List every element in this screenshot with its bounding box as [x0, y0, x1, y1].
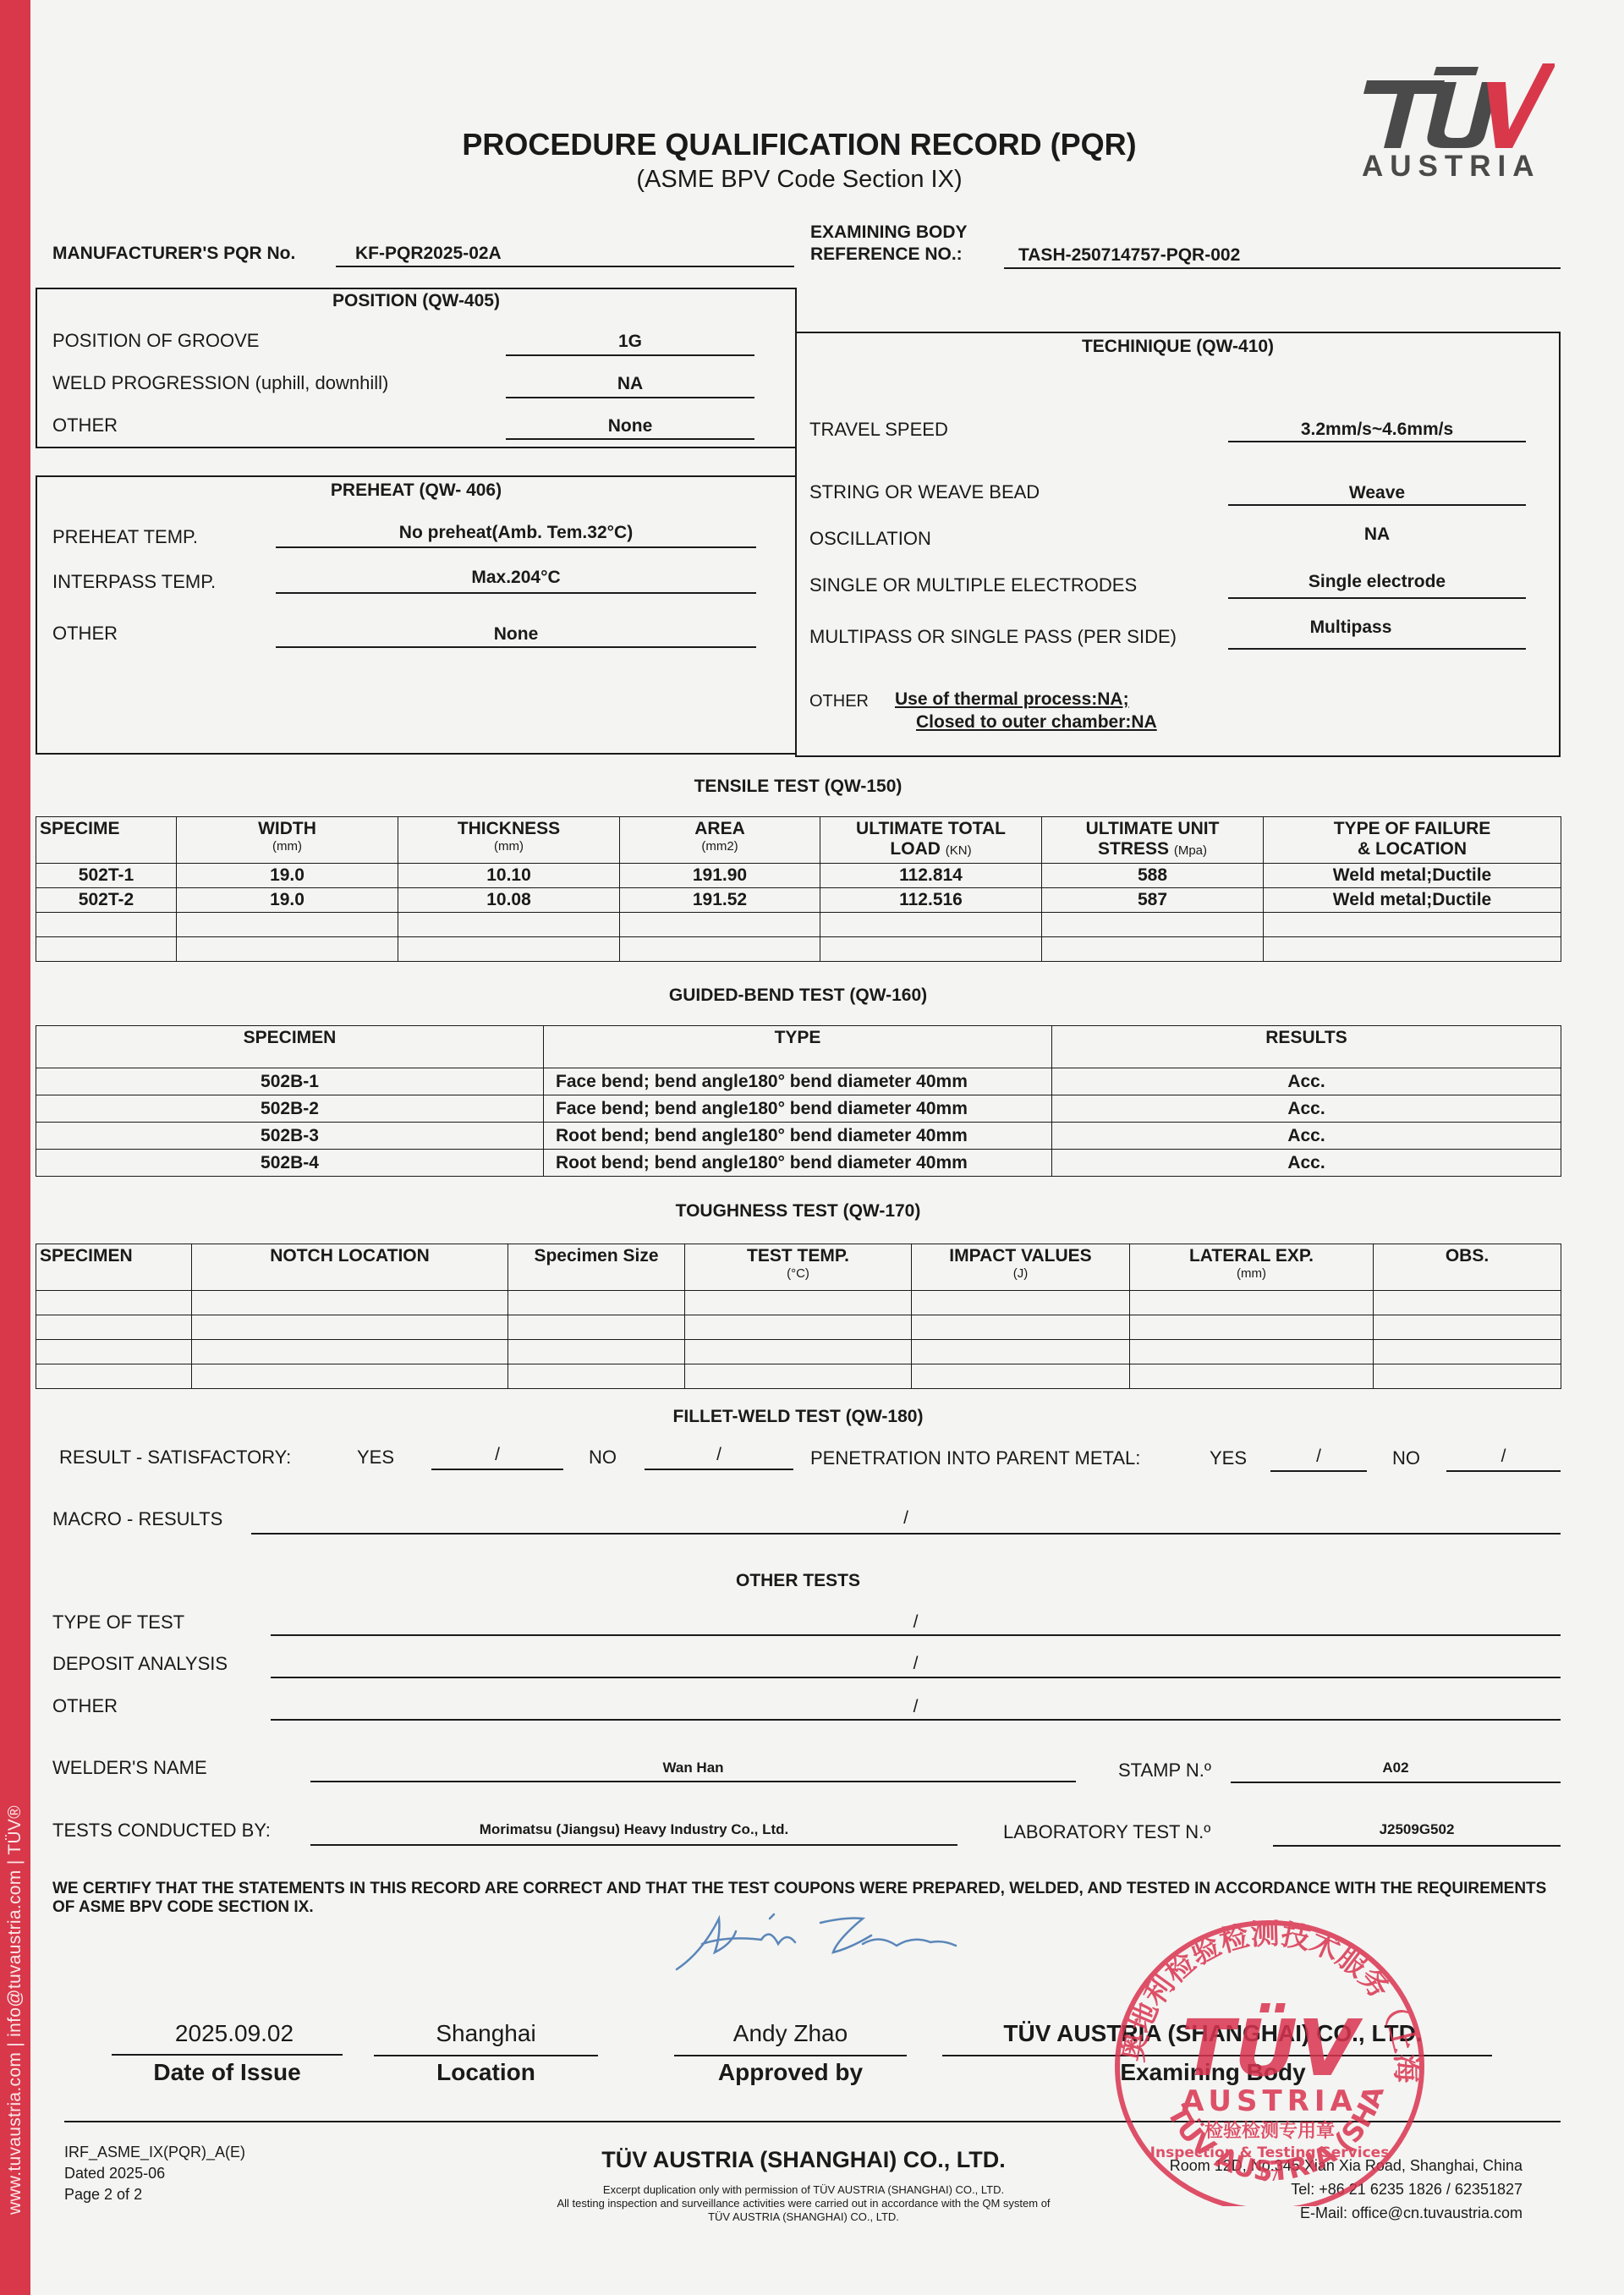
- macro-results-underline: [251, 1533, 1561, 1535]
- table-cell: [192, 1291, 508, 1315]
- header-text: SPECIMEN: [40, 1246, 188, 1266]
- header-text: SPECIME: [40, 819, 173, 839]
- fillet-weld-title: FILLET-WELD TEST (QW-180): [36, 1407, 1561, 1427]
- header-text: NOTCH LOCATION: [195, 1246, 504, 1266]
- electrodes-label: SINGLE OR MULTIPLE ELECTRODES: [809, 574, 1137, 596]
- technique-other-line-2: Closed to outer chamber:NA: [916, 712, 1157, 733]
- penetration-no-value: /: [1446, 1447, 1561, 1467]
- penetration-no-label: NO: [1392, 1447, 1420, 1469]
- tensile-header-cell: WIDTH(mm): [177, 817, 398, 864]
- side-strip-text: www.tuvaustria.com | info@tuvaustria.com…: [5, 1589, 25, 2215]
- table-cell: [508, 1315, 685, 1340]
- approved-by-value: Andy Zhao: [674, 2020, 907, 2047]
- preheat-other-label: OTHER: [52, 623, 118, 645]
- tensile-header-cell: THICKNESS(mm): [398, 817, 620, 864]
- reference-no-value: TASH-250714757-PQR-002: [1018, 245, 1240, 266]
- tensile-header-cell: AREA(mm2): [620, 817, 820, 864]
- table-cell: [820, 913, 1042, 937]
- travel-speed-underline: [1228, 441, 1526, 442]
- other-test-value: /: [271, 1697, 1561, 1717]
- string-weave-value: Weave: [1228, 483, 1526, 503]
- table-cell: [177, 937, 398, 962]
- result-yes-value: /: [431, 1445, 563, 1465]
- table-row: 502B-3Root bend; bend angle180° bend dia…: [36, 1123, 1561, 1150]
- table-row: 502B-4Root bend; bend angle180° bend dia…: [36, 1150, 1561, 1177]
- toughness-header-cell: TEST TEMP.(°C): [685, 1244, 912, 1291]
- table-cell: 19.0: [177, 888, 398, 913]
- table-cell: [1374, 1364, 1561, 1389]
- table-cell: [177, 913, 398, 937]
- toughness-test-title: TOUGHNESS TEST (QW-170): [36, 1201, 1561, 1222]
- header-text: OBS.: [1377, 1246, 1557, 1266]
- footer-company-name: TÜV AUSTRIA (SHANGHAI) CO., LTD.: [355, 2147, 1252, 2173]
- footer-doc-code: IRF_ASME_IX(PQR)_A(E): [64, 2142, 245, 2163]
- deposit-analysis-underline: [271, 1677, 1561, 1678]
- header-unit: (°C): [689, 1266, 908, 1281]
- table-row: 502T-219.010.08191.52112.516587Weld meta…: [36, 888, 1561, 913]
- string-weave-underline: [1228, 504, 1526, 506]
- footer-address: Room 12D, No.345 Xian Xia Road, Shanghai…: [1170, 2154, 1522, 2177]
- table-cell: [912, 1364, 1130, 1389]
- multipass-value: Multipass: [1228, 618, 1473, 638]
- penetration-no-underline: [1446, 1470, 1561, 1472]
- welder-name-label: WELDER'S NAME: [52, 1757, 207, 1779]
- oscillation-label: OSCILLATION: [809, 528, 931, 550]
- header-text: TYPE OF FAILURE: [1267, 819, 1557, 839]
- examining-body-underline: [942, 2055, 1492, 2056]
- electrodes-underline: [1228, 597, 1526, 599]
- table-row: 502T-119.010.10191.90112.814588Weld meta…: [36, 864, 1561, 888]
- examining-body-label: Examining Body: [942, 2059, 1484, 2086]
- table-cell: [620, 937, 820, 962]
- toughness-header-cell: SPECIMEN: [36, 1244, 192, 1291]
- table-cell: 502B-3: [36, 1123, 544, 1150]
- toughness-header-cell: NOTCH LOCATION: [192, 1244, 508, 1291]
- header-unit: (KN): [946, 843, 972, 858]
- table-cell: [36, 913, 177, 937]
- position-groove-underline: [506, 354, 754, 356]
- header-text: & LOCATION: [1267, 839, 1557, 859]
- footer-note-3: TÜV AUSTRIA (SHANGHAI) CO., LTD.: [355, 2210, 1252, 2224]
- deposit-analysis-value: /: [271, 1654, 1561, 1674]
- result-no-label: NO: [589, 1447, 617, 1469]
- footer-company-block: TÜV AUSTRIA (SHANGHAI) CO., LTD. Excerpt…: [355, 2147, 1252, 2224]
- header-text: AREA: [623, 819, 816, 839]
- string-weave-label: STRING OR WEAVE BEAD: [809, 481, 1040, 503]
- table-cell: Acc.: [1052, 1123, 1561, 1150]
- table-cell: [912, 1315, 1130, 1340]
- table-cell: [1130, 1291, 1374, 1315]
- interpass-temp-value: Max.204°C: [276, 568, 756, 588]
- table-row: [36, 1340, 1561, 1364]
- table-cell: [685, 1291, 912, 1315]
- interpass-temp-underline: [276, 592, 756, 594]
- travel-speed-value: 3.2mm/s~4.6mm/s: [1228, 420, 1526, 440]
- lab-test-no-value: J2509G502: [1273, 1821, 1561, 1838]
- manufacturer-pqr-label: MANUFACTURER'S PQR No.: [52, 244, 295, 264]
- table-cell: Weld metal;Ductile: [1264, 888, 1561, 913]
- oscillation-value: NA: [1228, 524, 1526, 545]
- penetration-yes-value: /: [1270, 1447, 1367, 1467]
- other-test-label: OTHER: [52, 1695, 118, 1717]
- weld-progression-underline: [506, 397, 754, 398]
- date-of-issue-underline: [112, 2054, 343, 2056]
- footer-contact: Room 12D, No.345 Xian Xia Road, Shanghai…: [1170, 2154, 1522, 2225]
- table-cell: [1264, 937, 1561, 962]
- table-cell: 191.90: [620, 864, 820, 888]
- footer-doc-info: IRF_ASME_IX(PQR)_A(E) Dated 2025-06 Page…: [64, 2142, 245, 2205]
- table-cell: [1264, 913, 1561, 937]
- technique-section-title: TECHINIQUE (QW-410): [797, 337, 1559, 357]
- approved-by-label: Approved by: [674, 2059, 907, 2086]
- macro-results-value: /: [251, 1508, 1561, 1529]
- table-cell: [1374, 1291, 1561, 1315]
- header-unit: (mm2): [623, 839, 816, 854]
- table-cell: [36, 1315, 192, 1340]
- technique-other-label: OTHER: [809, 692, 869, 711]
- penetration-yes-label: YES: [1210, 1447, 1247, 1469]
- header-unit: (Mpa): [1174, 843, 1207, 858]
- manufacturer-pqr-value: KF-PQR2025-02A: [355, 244, 502, 264]
- result-yes-label: YES: [357, 1447, 394, 1469]
- table-cell: Root bend; bend angle180° bend diameter …: [544, 1123, 1052, 1150]
- preheat-section-title: PREHEAT (QW- 406): [37, 480, 795, 501]
- page-subtitle: (ASME BPV Code Section IX): [0, 166, 1599, 194]
- stamp-no-value: A02: [1231, 1760, 1561, 1776]
- result-yes-underline: [431, 1469, 563, 1470]
- table-cell: [36, 937, 177, 962]
- weld-progression-value: NA: [506, 374, 754, 394]
- lab-test-no-underline: [1273, 1845, 1561, 1847]
- type-of-test-value: /: [271, 1612, 1561, 1633]
- tensile-test-table: SPECIMEWIDTH(mm)THICKNESS(mm)AREA(mm2)UL…: [36, 816, 1561, 962]
- table-cell: Acc.: [1052, 1150, 1561, 1177]
- reference-no-underline: [1004, 267, 1561, 269]
- header-text: LATERAL EXP.: [1133, 1246, 1369, 1266]
- header-unit: (mm): [180, 839, 394, 854]
- table-cell: 587: [1042, 888, 1264, 913]
- svg-text:检验检测专用章: 检验检测专用章: [1204, 2120, 1335, 2142]
- header-text: LOAD (KN): [824, 839, 1038, 859]
- header-text: WIDTH: [180, 819, 394, 839]
- manufacturer-pqr-underline: [336, 266, 794, 267]
- footer-dated: Dated 2025-06: [64, 2163, 245, 2184]
- toughness-header-cell: IMPACT VALUES(J): [912, 1244, 1130, 1291]
- preheat-temp-underline: [276, 546, 756, 548]
- header-text: Specimen Size: [512, 1246, 681, 1266]
- tests-conducted-label: TESTS CONDUCTED BY:: [52, 1820, 271, 1842]
- location-label: Location: [374, 2059, 598, 2086]
- table-cell: 191.52: [620, 888, 820, 913]
- header-text: THICKNESS: [402, 819, 616, 839]
- header-text: ULTIMATE TOTAL: [824, 819, 1038, 839]
- position-groove-value: 1G: [506, 332, 754, 352]
- table-cell: [1042, 913, 1264, 937]
- result-no-underline: [645, 1469, 793, 1470]
- table-cell: [36, 1291, 192, 1315]
- footer-note-2: All testing inspection and surveillance …: [355, 2197, 1252, 2210]
- table-cell: 10.08: [398, 888, 620, 913]
- table-row: [36, 1364, 1561, 1389]
- table-cell: Face bend; bend angle180° bend diameter …: [544, 1068, 1052, 1095]
- approved-by-underline: [674, 2055, 907, 2056]
- position-groove-label: POSITION OF GROOVE: [52, 330, 259, 352]
- table-cell: [508, 1364, 685, 1389]
- svg-text:AUSTRIA: AUSTRIA: [1182, 2084, 1358, 2118]
- position-section-title: POSITION (QW-405): [37, 291, 795, 311]
- position-other-underline: [506, 438, 754, 440]
- deposit-analysis-label: DEPOSIT ANALYSIS: [52, 1653, 228, 1675]
- table-row: 502B-1Face bend; bend angle180° bend dia…: [36, 1068, 1561, 1095]
- header-text: ULTIMATE UNIT: [1045, 819, 1259, 839]
- stamp-no-label: STAMP N.º: [1118, 1760, 1211, 1782]
- toughness-test-table: SPECIMENNOTCH LOCATIONSpecimen SizeTEST …: [36, 1244, 1561, 1389]
- macro-results-label: MACRO - RESULTS: [52, 1508, 222, 1530]
- table-cell: [1374, 1340, 1561, 1364]
- table-cell: [1130, 1315, 1374, 1340]
- table-cell: [36, 1364, 192, 1389]
- table-cell: [620, 913, 820, 937]
- stamp-no-underline: [1231, 1782, 1561, 1783]
- welder-name-underline: [310, 1781, 1076, 1782]
- position-other-label: OTHER: [52, 415, 118, 436]
- tensile-test-title: TENSILE TEST (QW-150): [36, 777, 1561, 797]
- welder-name-value: Wan Han: [310, 1760, 1076, 1776]
- type-of-test-label: TYPE OF TEST: [52, 1611, 184, 1633]
- multipass-underline: [1228, 648, 1526, 650]
- table-row: [36, 1315, 1561, 1340]
- preheat-other-value: None: [276, 624, 756, 645]
- table-cell: Acc.: [1052, 1068, 1561, 1095]
- table-row: [36, 913, 1561, 937]
- table-cell: 112.814: [820, 864, 1042, 888]
- table-cell: [508, 1340, 685, 1364]
- table-cell: Root bend; bend angle180° bend diameter …: [544, 1150, 1052, 1177]
- table-cell: [1130, 1364, 1374, 1389]
- penetration-label: PENETRATION INTO PARENT METAL:: [810, 1447, 1140, 1469]
- signature-icon: [668, 1902, 964, 1978]
- page-title: PROCEDURE QUALIFICATION RECORD (PQR): [0, 127, 1599, 162]
- toughness-header-cell: OBS.: [1374, 1244, 1561, 1291]
- position-other-value: None: [506, 416, 754, 436]
- table-cell: Face bend; bend angle180° bend diameter …: [544, 1095, 1052, 1123]
- header-unit: (J): [915, 1266, 1126, 1281]
- table-cell: [192, 1315, 508, 1340]
- preheat-other-underline: [276, 646, 756, 648]
- examining-body-value: TÜV AUSTRIA (SHANGHAI) CO., LTD.: [942, 2020, 1484, 2047]
- table-cell: 502B-1: [36, 1068, 544, 1095]
- table-cell: [912, 1340, 1130, 1364]
- toughness-header-cell: LATERAL EXP.(mm): [1130, 1244, 1374, 1291]
- location-underline: [374, 2055, 598, 2056]
- result-satisfactory-label: RESULT - SATISFACTORY:: [59, 1447, 291, 1469]
- footer-email[interactable]: E-Mail: office@cn.tuvaustria.com: [1170, 2201, 1522, 2225]
- footer-note-1: Excerpt duplication only with permission…: [355, 2183, 1252, 2197]
- guided-bend-title: GUIDED-BEND TEST (QW-160): [36, 986, 1561, 1006]
- guided-bend-table: SPECIMENTYPERESULTS 502B-1Face bend; ben…: [36, 1025, 1561, 1177]
- header-unit: (mm): [1133, 1266, 1369, 1281]
- table-cell: 588: [1042, 864, 1264, 888]
- header-text: STRESS (Mpa): [1045, 839, 1259, 859]
- tensile-header-cell: SPECIME: [36, 817, 177, 864]
- table-cell: [1130, 1340, 1374, 1364]
- table-row: 502B-2Face bend; bend angle180° bend dia…: [36, 1095, 1561, 1123]
- table-cell: [912, 1291, 1130, 1315]
- location-value: Shanghai: [374, 2020, 598, 2047]
- date-of-issue-value: 2025.09.02: [129, 2020, 340, 2047]
- table-cell: [1374, 1315, 1561, 1340]
- table-cell: 502B-4: [36, 1150, 544, 1177]
- footer-tel: Tel: +86 21 6235 1826 / 62351827: [1170, 2177, 1522, 2201]
- header-unit: (mm): [402, 839, 616, 854]
- preheat-temp-value: No preheat(Amb. Tem.32°C): [276, 523, 756, 543]
- travel-speed-label: TRAVEL SPEED: [809, 419, 948, 441]
- examining-body-label: EXAMINING BODY: [810, 222, 968, 243]
- table-cell: Acc.: [1052, 1095, 1561, 1123]
- technique-other-line-1: Use of thermal process:NA;: [895, 689, 1129, 710]
- preheat-temp-label: PREHEAT TEMP.: [52, 526, 198, 548]
- tensile-header-cell: ULTIMATE UNITSTRESS (Mpa): [1042, 817, 1264, 864]
- table-cell: [398, 913, 620, 937]
- table-cell: [820, 937, 1042, 962]
- header-text: IMPACT VALUES: [915, 1246, 1126, 1266]
- table-cell: [1042, 937, 1264, 962]
- result-no-value: /: [645, 1445, 793, 1465]
- tensile-header-cell: ULTIMATE TOTALLOAD (KN): [820, 817, 1042, 864]
- table-row: [36, 937, 1561, 962]
- multipass-label: MULTIPASS OR SINGLE PASS (PER SIDE): [809, 626, 1177, 648]
- date-of-issue-label: Date of Issue: [112, 2059, 343, 2086]
- other-tests-title: OTHER TESTS: [36, 1571, 1561, 1591]
- bend-header-cell: TYPE: [544, 1026, 1052, 1068]
- table-cell: [685, 1315, 912, 1340]
- lab-test-no-label: LABORATORY TEST N.º: [1003, 1821, 1210, 1843]
- table-cell: Weld metal;Ductile: [1264, 864, 1561, 888]
- electrodes-value: Single electrode: [1228, 572, 1526, 592]
- other-test-underline: [271, 1719, 1561, 1721]
- table-cell: [192, 1364, 508, 1389]
- table-cell: 112.516: [820, 888, 1042, 913]
- reference-no-label: REFERENCE NO.:: [810, 244, 963, 265]
- table-cell: 502T-2: [36, 888, 177, 913]
- penetration-yes-underline: [1270, 1470, 1367, 1472]
- table-cell: [398, 937, 620, 962]
- header-text: TEST TEMP.: [689, 1246, 908, 1266]
- table-cell: 19.0: [177, 864, 398, 888]
- bend-header-cell: SPECIMEN: [36, 1026, 544, 1068]
- table-cell: [192, 1340, 508, 1364]
- table-cell: [685, 1364, 912, 1389]
- table-cell: 502B-2: [36, 1095, 544, 1123]
- side-brand-strip: www.tuvaustria.com | info@tuvaustria.com…: [0, 0, 30, 2295]
- toughness-header-cell: Specimen Size: [508, 1244, 685, 1291]
- table-row: [36, 1291, 1561, 1315]
- table-cell: [685, 1340, 912, 1364]
- table-cell: [508, 1291, 685, 1315]
- table-cell: 10.10: [398, 864, 620, 888]
- type-of-test-underline: [271, 1634, 1561, 1636]
- interpass-temp-label: INTERPASS TEMP.: [52, 571, 216, 593]
- table-cell: [36, 1340, 192, 1364]
- preheat-section: PREHEAT (QW- 406): [36, 475, 797, 755]
- footer-divider: [64, 2121, 1561, 2122]
- tensile-header-cell: TYPE OF FAILURE& LOCATION: [1264, 817, 1561, 864]
- tests-conducted-value: Morimatsu (Jiangsu) Heavy Industry Co., …: [310, 1821, 957, 1838]
- bend-header-cell: RESULTS: [1052, 1026, 1561, 1068]
- footer-page: Page 2 of 2: [64, 2184, 245, 2205]
- tests-conducted-underline: [310, 1844, 957, 1846]
- table-cell: 502T-1: [36, 864, 177, 888]
- weld-progression-label: WELD PROGRESSION (uphill, downhill): [52, 372, 388, 394]
